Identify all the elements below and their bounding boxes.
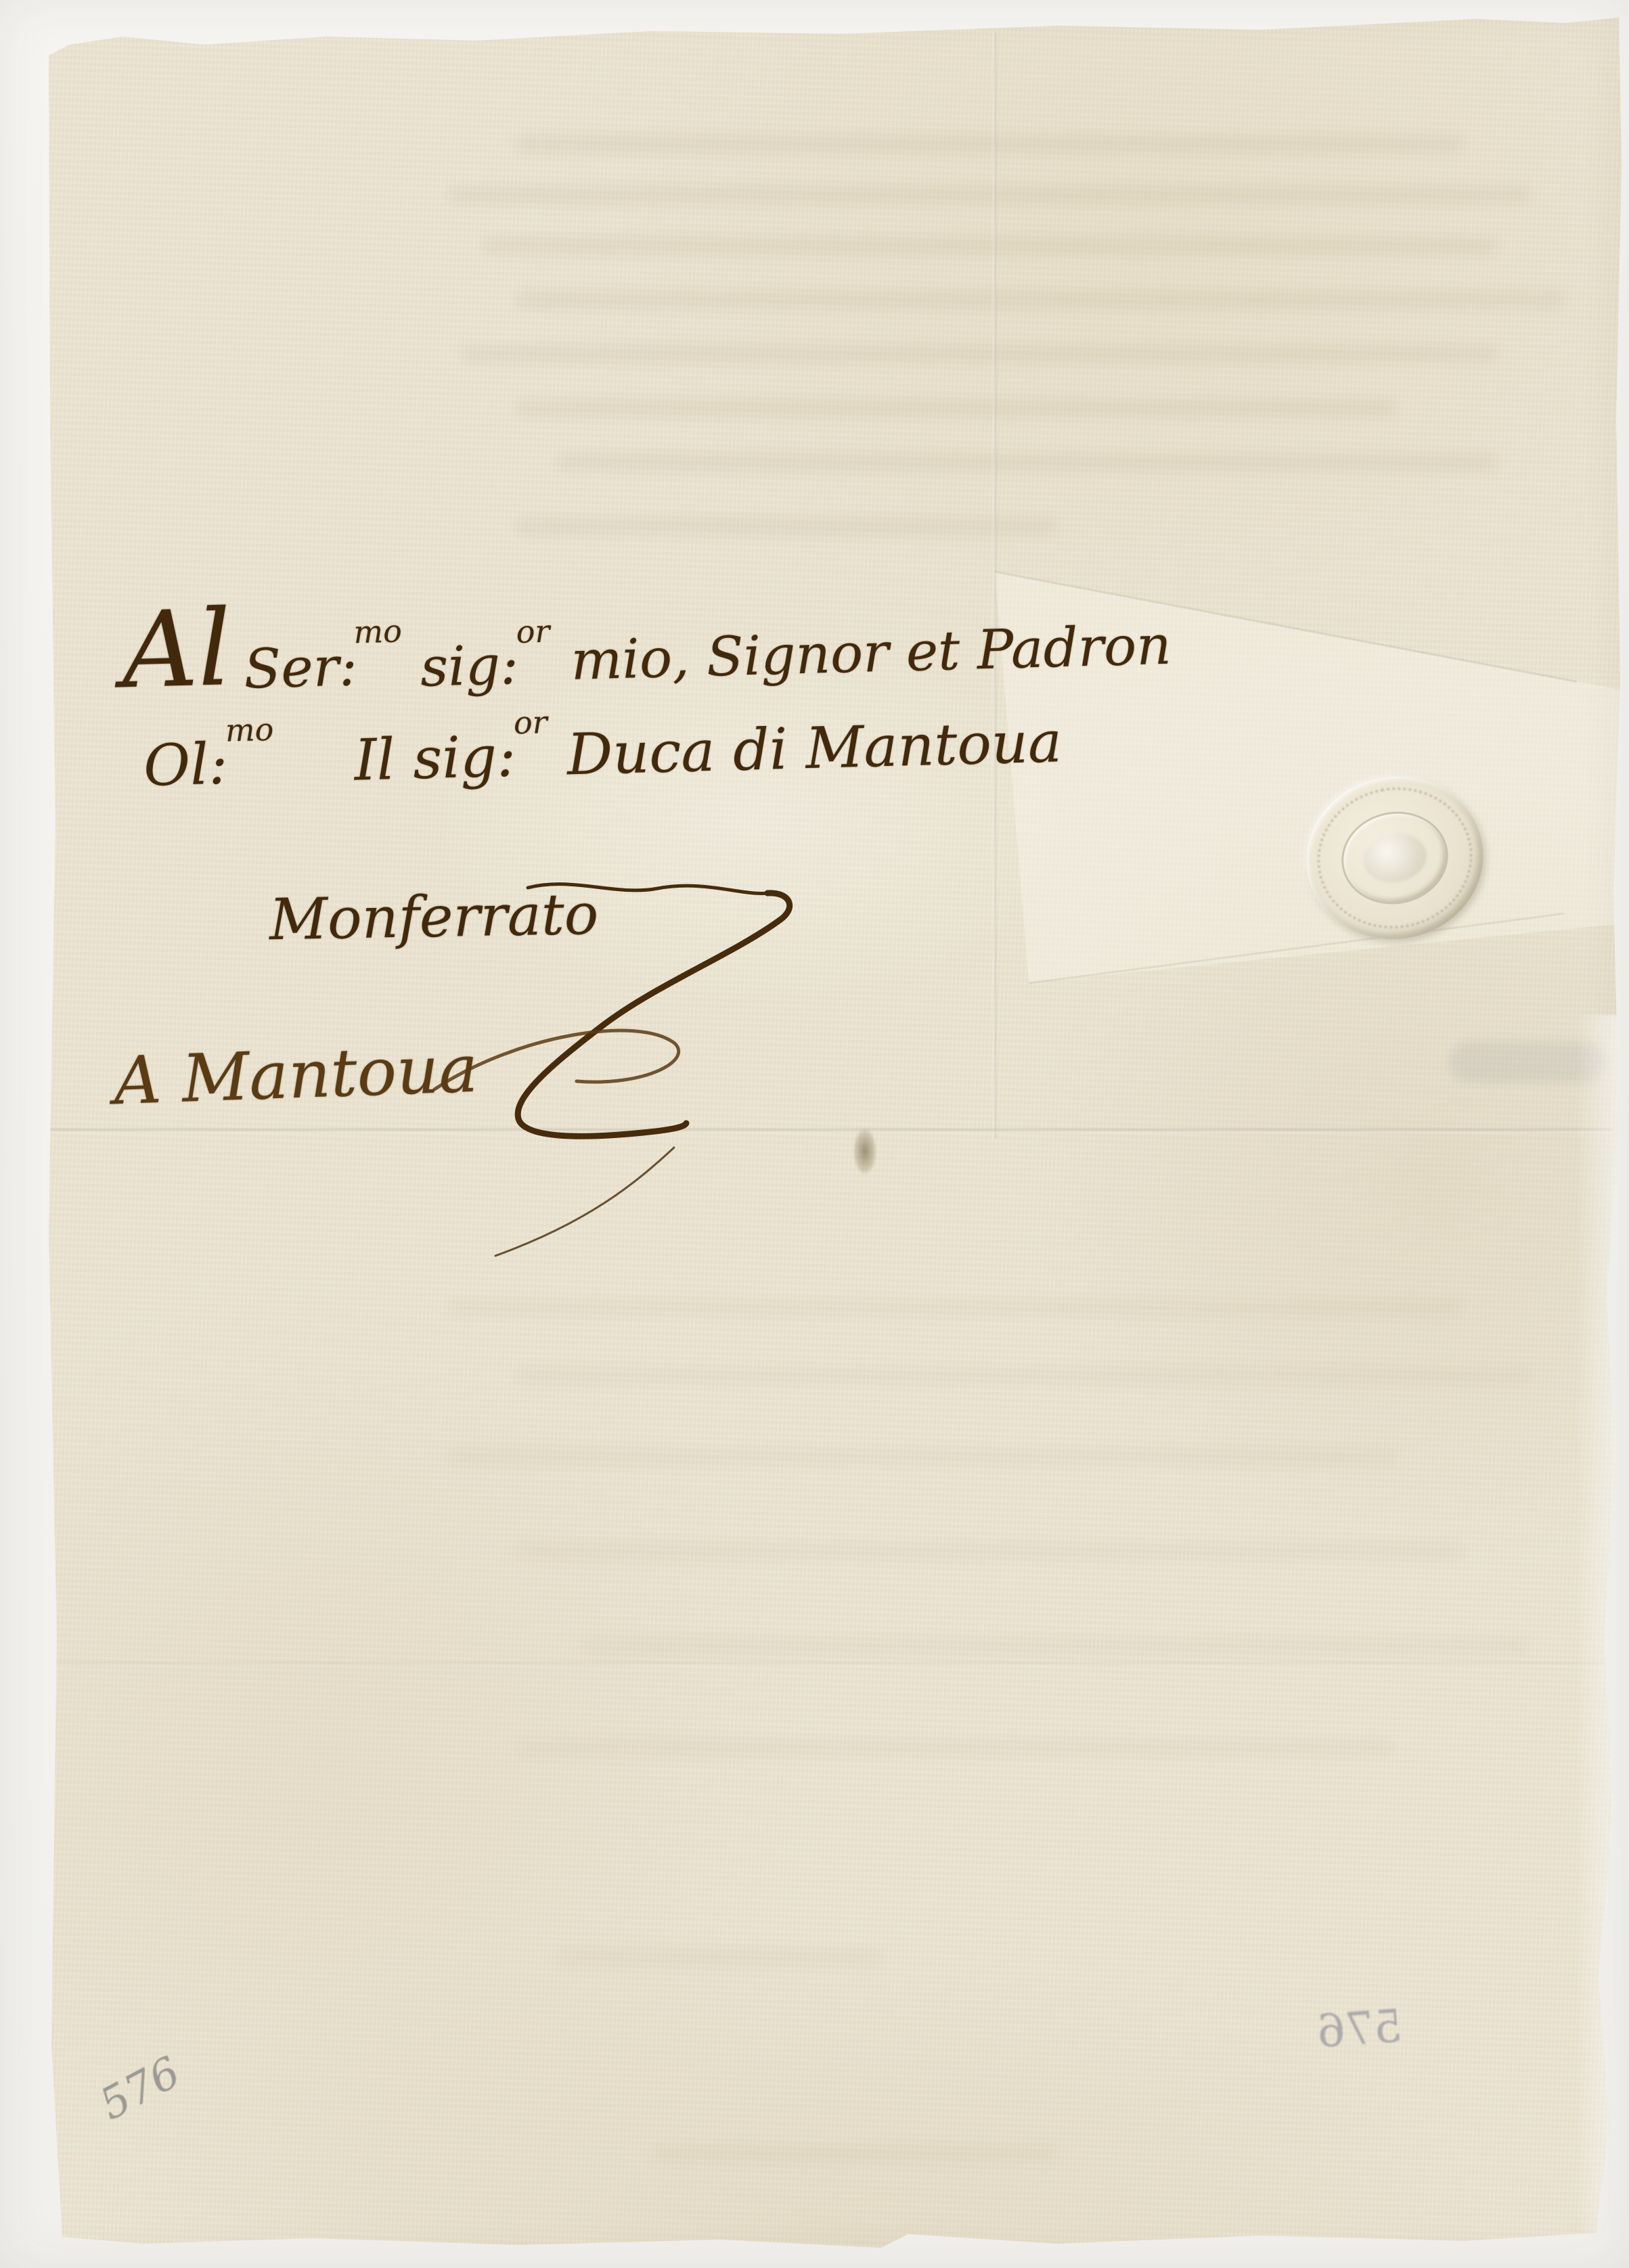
ink-showthrough [462,345,1497,363]
address-word: Il sig: [353,727,516,788]
ink-showthrough [516,518,1057,535]
address-word: Ol: [143,735,228,794]
pencil-folio-number: 576 [92,2047,189,2131]
address-word: sig: [420,638,519,695]
stamped-number-mirrored: 576 [1315,2000,1404,2058]
horizontal-fold-crease-faint [49,1662,1612,1666]
address-superscript: mo [225,714,274,746]
address-line-2: Ol: mo Il sig: or Duca di Mantoua [143,713,1063,794]
address-word: mio, Signor et Padron [570,618,1171,688]
address-superscript: or [513,706,548,738]
address-word: Ser: [243,639,357,696]
address-superscript: mo [353,615,403,648]
ink-showthrough [516,399,1396,417]
ink-showthrough [516,1739,1396,1756]
ink-showthrough [556,1949,881,1966]
ink-showthrough [482,237,1497,254]
scanned-letter-verso: Al Ser: mo sig: or mio, Signor et Padron… [0,0,1629,2268]
address-superscript: or [516,616,550,648]
ink-showthrough [516,1367,1531,1384]
address-word: Duca di Mantoua [566,713,1063,783]
ink-showthrough [583,1637,1531,1655]
destination-flourish [380,1001,705,1123]
ink-showthrough [516,291,1565,309]
letter-paper: Al Ser: mo sig: or mio, Signor et Padron… [42,14,1623,2254]
ink-showthrough [448,1448,1396,1466]
ink-showthrough [516,135,1463,153]
address-al: Al [120,601,232,698]
ink-showthrough [516,1543,1463,1560]
torn-right-edge [1576,1015,1623,2233]
ink-showthrough [556,453,1497,471]
ink-showthrough [651,2145,1057,2162]
ink-showthrough [448,186,1531,204]
